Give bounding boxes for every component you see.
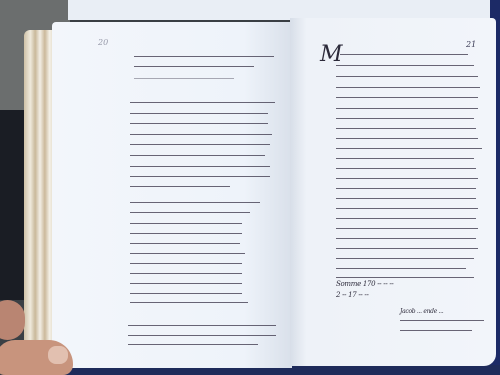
handwriting-line xyxy=(336,87,480,88)
handwriting-line xyxy=(336,248,478,249)
thumbnail xyxy=(48,346,68,364)
total-amount-2: 2 -- 17 -- -- xyxy=(336,291,369,299)
left-page: 20 xyxy=(52,22,292,368)
handwriting-line xyxy=(130,283,242,284)
handwriting-line xyxy=(336,198,476,199)
handwriting-line xyxy=(336,118,474,119)
handwriting-line xyxy=(128,344,258,345)
handwriting-line xyxy=(336,238,476,239)
handwriting-line xyxy=(336,168,476,169)
handwriting-line xyxy=(128,335,276,336)
handwriting-line xyxy=(336,178,478,179)
left-page-number: 20 xyxy=(98,38,108,47)
handwriting-line xyxy=(400,330,472,331)
handwriting-line xyxy=(134,66,254,67)
handwriting-line xyxy=(130,253,245,254)
handwriting-line xyxy=(336,268,466,269)
handwriting-line xyxy=(130,144,270,145)
handwriting-line xyxy=(128,325,276,326)
handwriting-line xyxy=(336,65,474,66)
open-book: 20 21 M xyxy=(22,10,500,370)
handwriting-line xyxy=(134,56,274,57)
handwriting-line xyxy=(400,320,484,321)
handwriting-line xyxy=(130,176,270,177)
handwriting-line xyxy=(340,54,468,55)
handwriting-line xyxy=(130,166,270,167)
handwriting-line xyxy=(134,78,234,79)
handwriting-line xyxy=(336,76,478,77)
handwriting-line xyxy=(130,102,275,103)
handwriting-line xyxy=(130,123,268,124)
handwriting-line xyxy=(336,108,478,109)
handwriting-line xyxy=(130,155,265,156)
handwriting-line xyxy=(336,277,474,278)
handwriting-line xyxy=(336,208,478,209)
handwriting-line xyxy=(336,138,478,139)
total-amount: Somme 170 -- -- -- xyxy=(336,280,393,288)
right-page-number: 21 xyxy=(466,40,476,49)
handwriting-line xyxy=(130,293,242,294)
signature: Jacob ... ende ... xyxy=(400,308,443,315)
handwriting-line xyxy=(130,243,240,244)
handwriting-line xyxy=(336,148,482,149)
handwriting-line xyxy=(336,158,474,159)
handwriting-line xyxy=(130,302,248,303)
handwriting-line xyxy=(336,188,476,189)
handwriting-line xyxy=(336,128,476,129)
handwriting-line xyxy=(130,273,242,274)
handwriting-line xyxy=(130,113,268,114)
handwriting-line xyxy=(130,223,242,224)
handwriting-line xyxy=(130,263,242,264)
finger xyxy=(0,300,25,340)
handwriting-line xyxy=(336,228,478,229)
holding-hand xyxy=(0,300,70,375)
right-page: 21 M Somme 170 -- -- -- 2 -- 17 -- -- Ja… xyxy=(290,18,496,366)
handwriting-line xyxy=(130,212,250,213)
handwriting-line xyxy=(336,258,474,259)
decorated-initial: M xyxy=(320,42,342,67)
handwriting-line xyxy=(336,97,478,98)
handwriting-line xyxy=(336,218,476,219)
handwriting-line xyxy=(130,186,230,187)
handwriting-line xyxy=(130,202,260,203)
handwriting-line xyxy=(130,134,272,135)
handwriting-line xyxy=(130,233,242,234)
